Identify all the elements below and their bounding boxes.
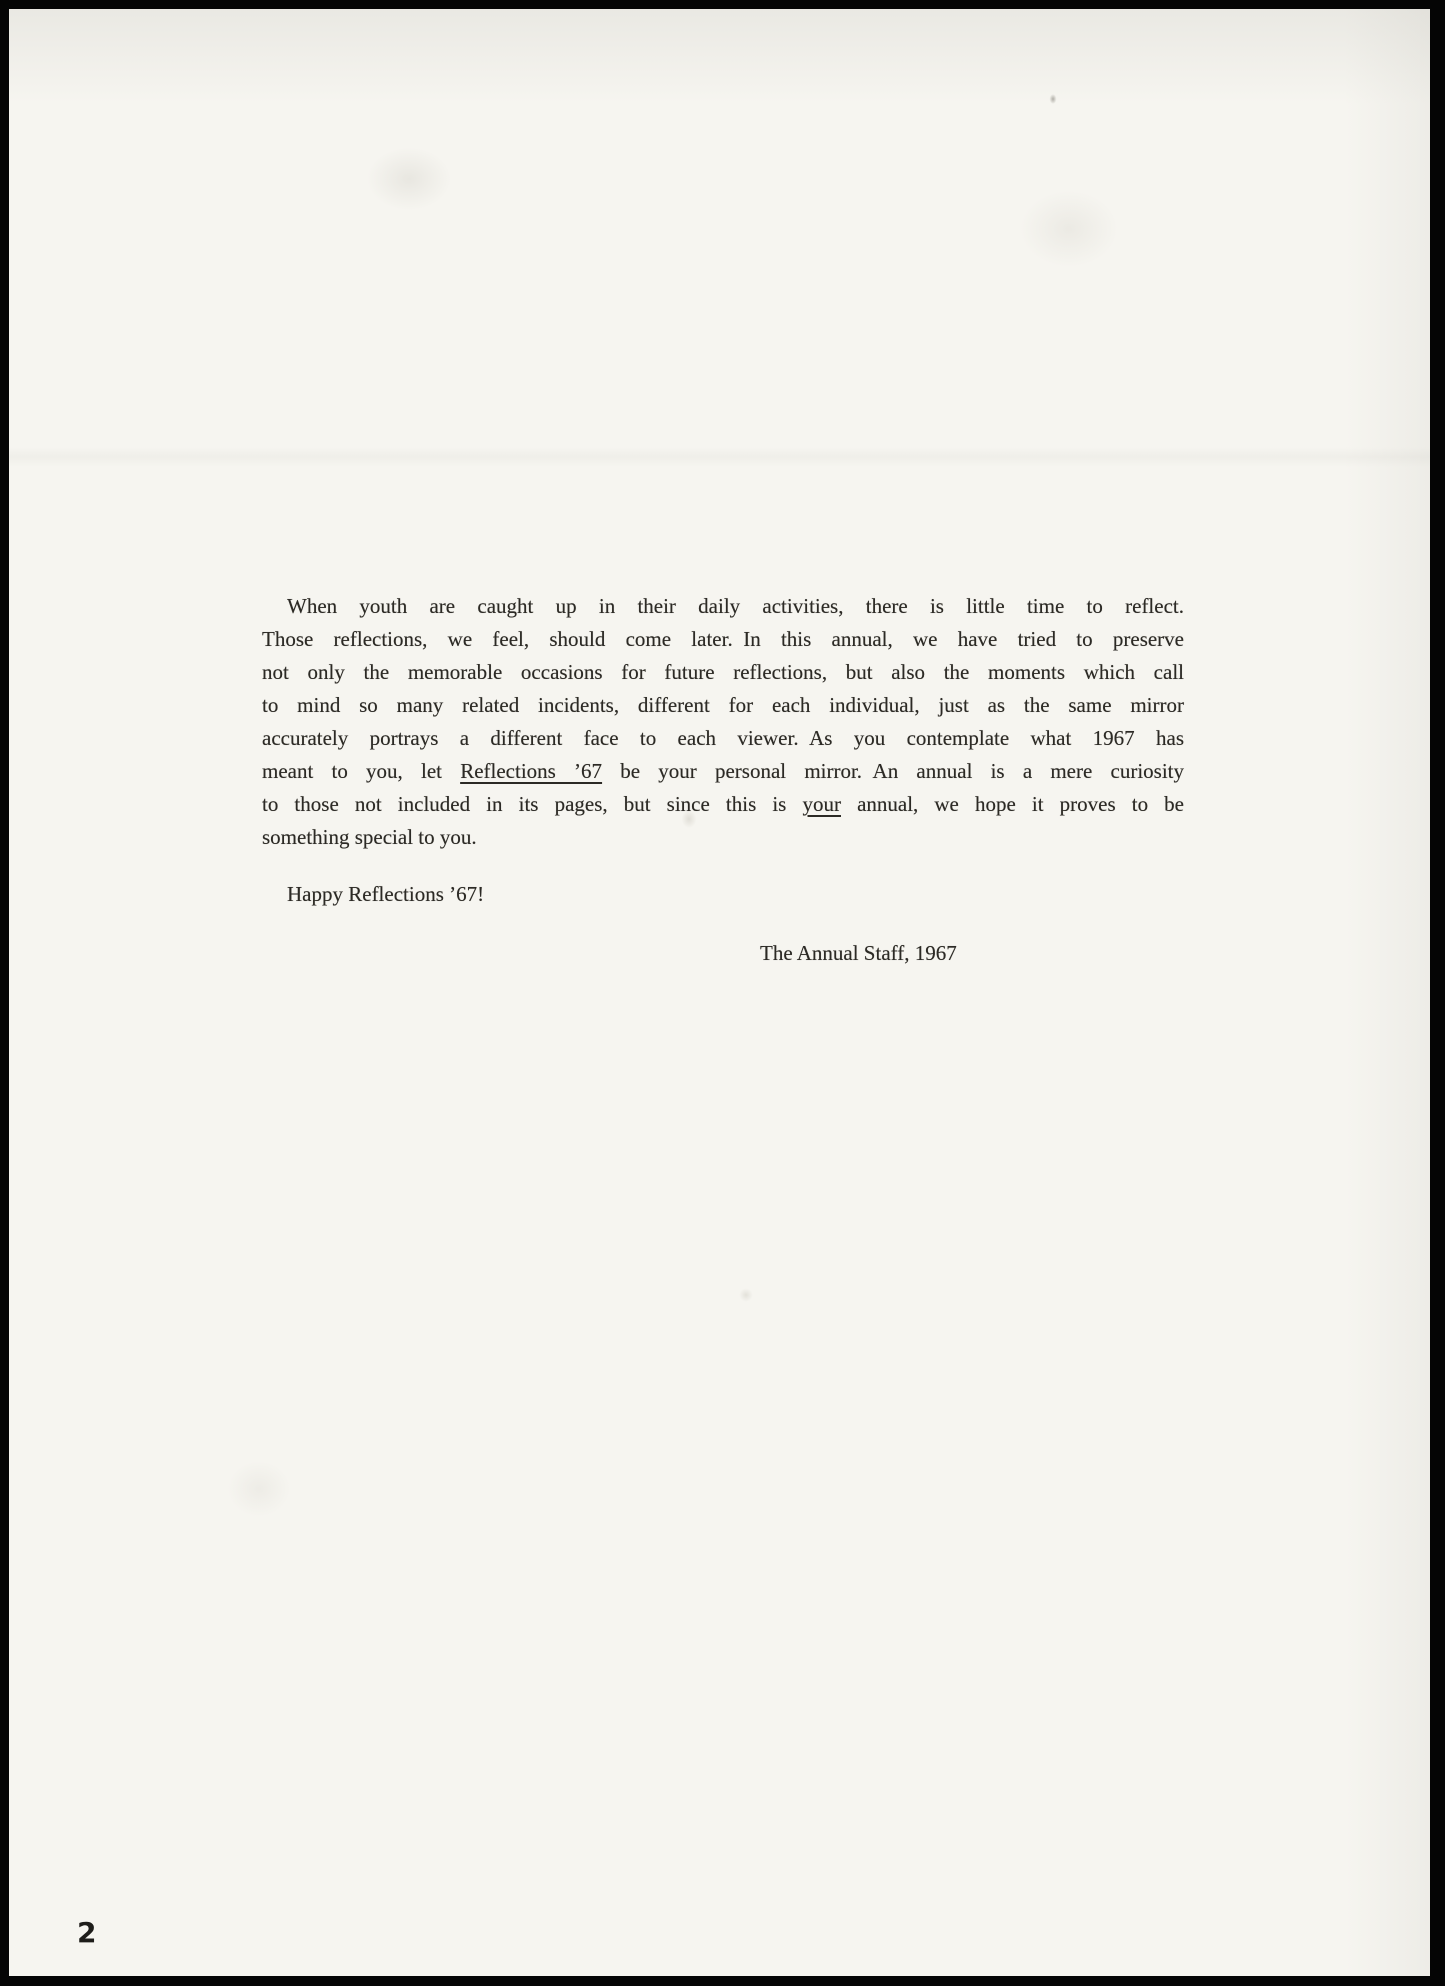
paragraph-line: something special to you.	[262, 821, 1184, 854]
paragraph-line: meant to you, let Reflections ’67 be you…	[262, 755, 1184, 788]
signature-line: The Annual Staff, 1967	[760, 937, 957, 970]
paragraph-line: not only the memorable occasions for fut…	[262, 656, 1184, 689]
paragraph-line: Those reflections, we feel, should come …	[262, 623, 1184, 656]
text-segment: annual, we hope it proves to be	[841, 792, 1184, 816]
paragraph-line: When youth are caught up in their daily …	[262, 590, 1184, 623]
closing-line: Happy Reflections ’67!	[287, 878, 484, 911]
text-segment: Those reflections, we feel, should come …	[262, 627, 1184, 651]
text-segment: not only the memorable occasions for fut…	[262, 660, 1184, 684]
text-segment: to those not included in its pages, but …	[262, 792, 802, 816]
text-segment: to mind so many related incidents, diffe…	[262, 693, 1184, 717]
text-segment: something special to you.	[262, 825, 477, 849]
text-segment: accurately portrays a different face to …	[262, 726, 1184, 750]
body-paragraph: When youth are caught up in their daily …	[262, 590, 1184, 854]
paragraph-line: to mind so many related incidents, diffe…	[262, 689, 1184, 722]
text-segment: be your personal mirror. An annual is a …	[602, 759, 1184, 783]
text-segment: meant to you, let	[262, 759, 460, 783]
underlined-text: your	[802, 792, 841, 816]
paragraph-line: to those not included in its pages, but …	[262, 788, 1184, 821]
underlined-text: Reflections ’67	[460, 759, 602, 783]
paragraph-line: accurately portrays a different face to …	[262, 722, 1184, 755]
yearbook-page: When youth are caught up in their daily …	[9, 9, 1430, 1976]
text-segment: When youth are caught up in their daily …	[287, 594, 1184, 618]
scan-border-frame: When youth are caught up in their daily …	[0, 0, 1445, 1986]
page-number: 2	[77, 1917, 96, 1949]
